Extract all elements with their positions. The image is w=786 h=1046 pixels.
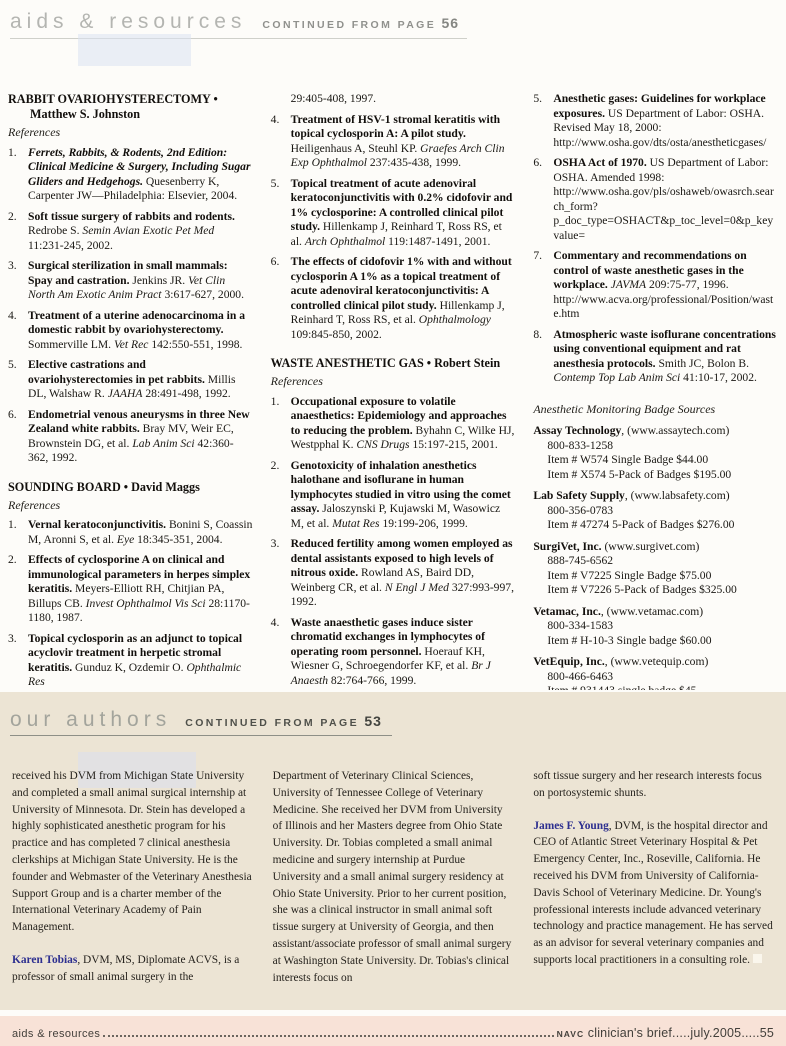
footer-dotted-leader [103, 1035, 553, 1037]
reference-text: Atmospheric waste isoflurane concentrati… [553, 328, 778, 386]
reference-number: 5. [8, 358, 28, 402]
end-of-article-marker [753, 954, 762, 963]
section-heading: RABBIT OVARIOHYSTERECTOMY • Matthew S. J… [8, 92, 253, 122]
vendor-detail-line: 800-334-1583 [533, 619, 778, 634]
footer-brand-text: clinician's brief.....july.2005.....55 [584, 1026, 774, 1040]
reference-text: Topical treatment of acute adenoviral ke… [291, 177, 516, 250]
reference-column-1: RABBIT OVARIOHYSTERECTOMY • Matthew S. J… [8, 92, 253, 690]
reference-text: Treatment of HSV-1 stromal keratitis wit… [291, 113, 516, 171]
reference-number: 8. [533, 328, 553, 386]
reference-number: 2. [271, 459, 291, 532]
reference-number: 1. [271, 395, 291, 453]
reference-item: 7.Commentary and recommendations on cont… [533, 249, 778, 322]
reference-item: 1.Occupational exposure to volatile anae… [271, 395, 516, 453]
reference-number: 5. [271, 177, 291, 250]
reference-number: 3. [8, 632, 28, 690]
badge-sources-heading: Anesthetic Monitoring Badge Sources [533, 402, 778, 417]
reference-text: Elective castrations and ovariohysterect… [28, 358, 253, 402]
reference-number: 3. [271, 537, 291, 610]
author-name: Karen Tobias [12, 954, 77, 966]
reference-item: 2.Effects of cyclosporine A on clinical … [8, 553, 253, 626]
reference-text: The effects of cidofovir 1% with and wit… [291, 255, 516, 342]
vendor-detail-line: 800-356-0783 [533, 504, 778, 519]
reference-item: 1.Vernal keratoconjunctivitis. Bonini S,… [8, 518, 253, 547]
reference-number: 1. [8, 146, 28, 204]
vendor-entry: Assay Technology, (www.assaytech.com)800… [533, 424, 778, 482]
vendor-detail-line: Item # V7226 5-Pack of Badges $325.00 [533, 583, 778, 598]
bio-paragraph: soft tissue surgery and her research int… [533, 768, 774, 802]
continued-from-text: CONTINUED FROM PAGE [262, 19, 436, 31]
vendor-heading: Assay Technology, (www.assaytech.com) [533, 424, 778, 439]
vendor-heading: Lab Safety Supply, (www.labsafety.com) [533, 489, 778, 504]
vendor-name: Lab Safety Supply [533, 489, 625, 502]
author-name: James F. Young [533, 820, 608, 832]
reference-item: 5.Topical treatment of acute adenoviral … [271, 177, 516, 250]
section-author: David Maggs [131, 480, 200, 494]
vendor-website: (www.labsafety.com) [631, 489, 730, 502]
authors-page-number: 53 [364, 713, 382, 729]
continued-page-number: 56 [441, 15, 459, 31]
reference-item: 3.Surgical sterilization in small mammal… [8, 259, 253, 303]
reference-number: 5. [533, 92, 553, 150]
vendor-name: Assay Technology [533, 424, 621, 437]
reference-text: OSHA Act of 1970. US Department of Labor… [553, 156, 778, 243]
reference-number: 2. [8, 553, 28, 626]
reference-text: Anesthetic gases: Guidelines for workpla… [553, 92, 778, 150]
reference-text: Commentary and recommendations on contro… [553, 249, 778, 322]
page: aids & resources CONTINUED FROM PAGE 56 … [0, 0, 786, 1046]
section-author: Robert Stein [434, 356, 500, 370]
reference-item: 5.Anesthetic gases: Guidelines for workp… [533, 92, 778, 150]
vendor-detail-line: Item # W574 Single Badge $44.00 [533, 453, 778, 468]
vendor-heading: Vetamac, Inc., (www.vetamac.com) [533, 605, 778, 620]
continued-from-label: CONTINUED FROM PAGE 56 [262, 15, 459, 31]
reference-text: Occupational exposure to volatile anaest… [291, 395, 516, 453]
reference-item: 1.Ferrets, Rabbits, & Rodents, 2nd Editi… [8, 146, 253, 204]
vendor-detail-line: 800-466-6463 [533, 670, 778, 685]
reference-item: 2.Soft tissue surgery of rabbits and rod… [8, 210, 253, 254]
vendor-website: (www.assaytech.com) [627, 424, 729, 437]
our-authors-section: our authors CONTINUED FROM PAGE 53 recei… [0, 692, 786, 1010]
reference-text: Effects of cyclosporine A on clinical an… [28, 553, 253, 626]
resources-title: aids & resources [10, 10, 246, 34]
footer-issue-info: NAVC clinician's brief.....july.2005....… [557, 1026, 774, 1040]
bio-paragraph: Karen Tobias, DVM, MS, Diplomate ACVS, i… [12, 952, 253, 986]
reference-number: 6. [8, 408, 28, 466]
reference-item: 5.Elective castrations and ovariohystere… [8, 358, 253, 402]
reference-text: Soft tissue surgery of rabbits and roden… [28, 210, 253, 254]
vendor-heading: VetEquip, Inc., (www.vetequip.com) [533, 655, 778, 670]
vendor-detail-line: Item # V7225 Single Badge $75.00 [533, 569, 778, 584]
reference-item: 8.Atmospheric waste isoflurane concentra… [533, 328, 778, 386]
reference-number: 4. [8, 309, 28, 353]
reference-text: Reduced fertility among women employed a… [291, 537, 516, 610]
reference-number: 6. [533, 156, 553, 243]
authors-continued-label: CONTINUED FROM PAGE 53 [185, 713, 382, 729]
bio-paragraph: received his DVM from Michigan State Uni… [12, 768, 253, 936]
reference-item: 4.Treatment of a uterine adenocarcinoma … [8, 309, 253, 353]
vendor-entry: SurgiVet, Inc. (www.surgivet.com)888-745… [533, 540, 778, 598]
vendor-entry: VetEquip, Inc., (www.vetequip.com)800-46… [533, 655, 778, 690]
reference-text: Endometrial venous aneurysms in three Ne… [28, 408, 253, 466]
reference-text: Waste anaesthetic gases induce sister ch… [291, 616, 516, 689]
vendor-website: (www.vetamac.com) [607, 605, 703, 618]
bio-column-3: soft tissue surgery and her research int… [533, 768, 774, 1002]
reference-item: 4.Waste anaesthetic gases induce sister … [271, 616, 516, 689]
vendor-detail-line: Item # H-10-3 Single badge $60.00 [533, 634, 778, 649]
footer-section-label: aids & resources [12, 1028, 100, 1040]
vendor-detail-line: Item # 931443 single badge $45 [533, 684, 778, 690]
page-footer: aids & resources NAVC clinician's brief.… [0, 1016, 786, 1046]
reference-number: 1. [8, 518, 28, 547]
section-author: Matthew S. Johnston [30, 107, 140, 121]
vendor-entry: Vetamac, Inc., (www.vetamac.com)800-334-… [533, 605, 778, 649]
reference-text: Topical cyclosporin as an adjunct to top… [28, 632, 253, 690]
reference-text: Genotoxicity of inhalation anesthetics h… [291, 459, 516, 532]
reference-text: Vernal keratoconjunctivitis. Bonini S, C… [28, 518, 253, 547]
vendor-website: (www.surgivet.com) [604, 540, 699, 553]
reference-item: 3.Topical cyclosporin as an adjunct to t… [8, 632, 253, 690]
authors-header: our authors CONTINUED FROM PAGE 53 [10, 708, 392, 736]
references-area: RABBIT OVARIOHYSTERECTOMY • Matthew S. J… [8, 92, 778, 690]
vendor-detail-line: 888-745-6562 [533, 554, 778, 569]
reference-number: 3. [8, 259, 28, 303]
section-topic: WASTE ANESTHETIC GAS [271, 356, 424, 370]
vendor-website: (www.vetequip.com) [611, 655, 709, 668]
authors-title: our authors [10, 708, 171, 732]
vendor-name: SurgiVet, Inc. [533, 540, 601, 553]
bio-column-2: Department of Veterinary Clinical Scienc… [273, 768, 514, 1002]
bio-column-1: received his DVM from Michigan State Uni… [12, 768, 253, 1002]
footer-brand-navc: NAVC [557, 1029, 584, 1039]
vendor-entry: Lab Safety Supply, (www.labsafety.com)80… [533, 489, 778, 533]
section-heading: SOUNDING BOARD • David Maggs [8, 480, 253, 495]
vendor-detail-line: Item # X574 5-Pack of Badges $195.00 [533, 468, 778, 483]
bio-paragraph: James F. Young, DVM, is the hospital dir… [533, 818, 774, 969]
section-heading: WASTE ANESTHETIC GAS • Robert Stein [271, 356, 516, 371]
reference-text: Surgical sterilization in small mammals:… [28, 259, 253, 303]
authors-continued-text: CONTINUED FROM PAGE [185, 717, 359, 729]
reference-column-2: 29:405-408, 1997.4.Treatment of HSV-1 st… [271, 92, 516, 690]
reference-number: 4. [271, 616, 291, 689]
references-label: References [8, 498, 253, 513]
reference-text: Ferrets, Rabbits, & Rodents, 2nd Edition… [28, 146, 253, 204]
bio-paragraph: Department of Veterinary Clinical Scienc… [273, 768, 514, 986]
reference-number: 4. [271, 113, 291, 171]
references-label: References [8, 125, 253, 140]
resources-header: aids & resources CONTINUED FROM PAGE 56 [10, 10, 467, 39]
references-label: References [271, 374, 516, 389]
section-topic: SOUNDING BOARD [8, 480, 121, 494]
vendor-name: Vetamac, Inc. [533, 605, 601, 618]
reference-item: 2.Genotoxicity of inhalation anesthetics… [271, 459, 516, 532]
reference-item: 6.Endometrial venous aneurysms in three … [8, 408, 253, 466]
reference-continuation: 29:405-408, 1997. [271, 92, 516, 107]
vendor-name: VetEquip, Inc. [533, 655, 604, 668]
vendor-detail-line: Item # 47274 5-Pack of Badges $276.00 [533, 518, 778, 533]
reference-column-3: 5.Anesthetic gases: Guidelines for workp… [533, 92, 778, 690]
bio-columns: received his DVM from Michigan State Uni… [12, 768, 774, 1002]
reference-number: 6. [271, 255, 291, 342]
reference-item: 6.The effects of cidofovir 1% with and w… [271, 255, 516, 342]
reference-number: 7. [533, 249, 553, 322]
reference-item: 4.Treatment of HSV-1 stromal keratitis w… [271, 113, 516, 171]
vendor-detail-line: 800-833-1258 [533, 439, 778, 454]
reference-number: 2. [8, 210, 28, 254]
reference-item: 6.OSHA Act of 1970. US Department of Lab… [533, 156, 778, 243]
reference-text: Treatment of a uterine adenocarcinoma in… [28, 309, 253, 353]
reference-item: 3.Reduced fertility among women employed… [271, 537, 516, 610]
vendor-heading: SurgiVet, Inc. (www.surgivet.com) [533, 540, 778, 555]
section-topic: RABBIT OVARIOHYSTERECTOMY [8, 92, 210, 106]
